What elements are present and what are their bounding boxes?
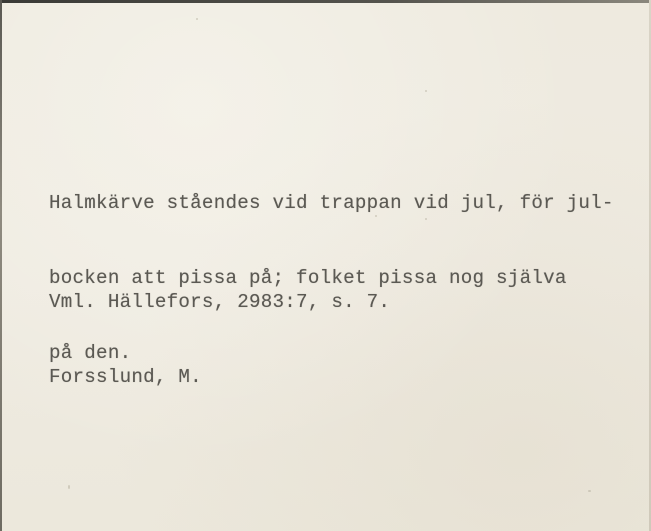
paper-speck <box>68 485 70 489</box>
source-location-line: Vml. Hällefors, 2983:7, s. 7. <box>49 290 390 315</box>
card-top-edge <box>0 0 651 3</box>
paper-speck <box>588 490 591 492</box>
paper-speck <box>425 90 427 92</box>
source-author-line: Forsslund, M. <box>49 365 390 390</box>
paper-speck <box>196 18 198 20</box>
card-source-reference: Vml. Hällefors, 2983:7, s. 7. Forsslund,… <box>49 240 390 440</box>
index-card: Halmkärve ståendes vid trappan vid jul, … <box>0 0 651 531</box>
body-line: Halmkärve ståendes vid trappan vid jul, … <box>49 191 614 216</box>
card-left-edge <box>0 0 2 531</box>
